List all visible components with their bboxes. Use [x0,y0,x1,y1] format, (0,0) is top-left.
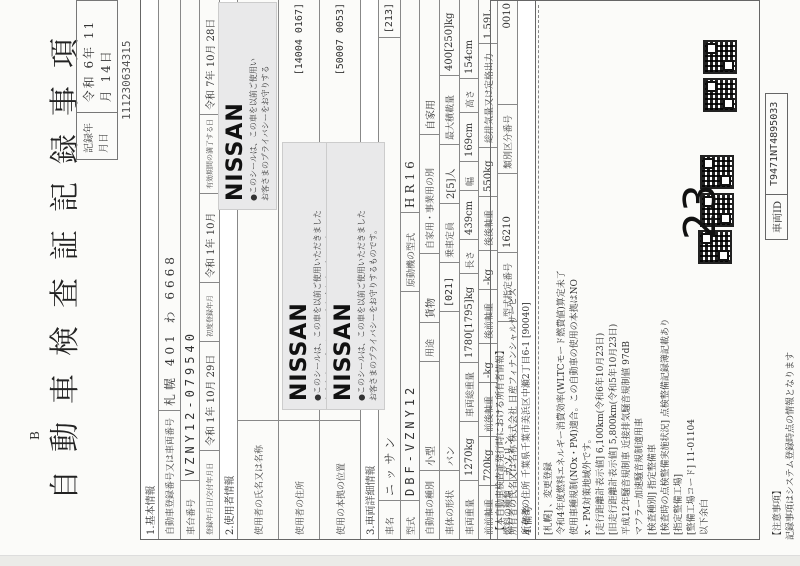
remark-line: [札幌] 、変更登録 [543,5,556,535]
remark-line: [検査種別] 指定整備車 [647,5,660,535]
scanned-sheet: B 自動車検査証記録事項 記録年月日 令和 6年 11月 14日 1112306… [0,0,800,566]
remark-line: x・PM対策地域外です。 [582,5,595,535]
max-load-value: 400[250]kg [440,0,459,75]
weight-value: 1270kg [460,421,478,480]
sticker-text: お客さまのプライバシーをお守りするものです。 [368,151,380,401]
remark-line: 平成12年騒音規制車 近接排気騒音規制値 97dB [621,5,634,535]
remark-line: [検査時の点検整備実施状況] 点検整備記録簿記載あり [660,5,673,535]
remark-line: 以下余白 [699,5,712,535]
registration-value: 札幌 401 わ 6668 [159,0,180,410]
document-number: 111230634315 [120,41,133,120]
handwritten-number: 23 [675,184,726,240]
model-value: DBF-VZNY12 [401,291,419,500]
nissan-logo: NISSAN [223,11,248,201]
reg-date-value: 令和 1年 10月 29日 [200,341,219,450]
sticker-text: ●このシールは、この車を以前ご使用いただきました [312,151,324,401]
capacity-value: 2[5]人 [440,144,459,203]
section-basic-heading: 1.基本情報 [141,0,159,539]
owner-line: 【本自動車検査証発行時における所有者情報】 [495,5,508,535]
registration-label: 自動車登録番号又は車両番号 [159,410,180,539]
engine-value: HR16 [401,0,419,212]
notes-block: 【注意事項】 記録事項はシステム登録時点の情報となります [770,352,796,540]
chassis-value: VZNY12-079540 [181,0,199,480]
body-row: 車体の形状 バン [021] 乗車定員 2[5]人 最大積載量 400[250]… [440,0,460,539]
dates-row: 登録年月日/交付年月日 令和 1年 10月 29日 初度登録年月 令和 1年 1… [200,0,220,539]
remark-line: マフラー加速騒音規制適用車 [634,5,647,535]
reg-date-label: 登録年月日/交付年月日 [200,450,219,539]
remarks-box: 【本自動車検査証発行時における所有者情報】 所有者の氏名又は名称 株式会社 日産… [490,0,760,540]
gross-label: 車両総重量 [460,362,478,421]
remark-line: 令和4年度燃料エネルギー消費効率(WLTCモード燃費値)算定未了 [556,5,569,535]
registration-row: 自動車登録番号又は車両番号 札幌 401 わ 6668 [159,0,181,539]
dashed-divider [538,5,539,535]
use-label: 用途 [420,322,439,361]
gross-value: 1780[1795]kg [460,273,478,362]
body-label: 車体の形状 [440,470,459,539]
height-value: 154cm [460,0,478,78]
car-name-code: [213] [379,0,400,37]
engine-label: 原動機の型式 [401,212,419,291]
length-value: 439cm [460,190,478,239]
nissan-logo: NISSAN [287,151,312,401]
sticker-text: ●このシールは、この車を以前ご使用いただきました [356,151,368,401]
notes-text: 記録事項はシステム登録時点の情報となります [783,352,796,540]
vehicle-id-box: 車両ID T9471NT4895033 [765,93,788,240]
type-value: 小型 [420,361,439,470]
remark-line: [整備工場コード] 11-01104 [686,5,699,535]
owner-line: 所有者の住所 千葉県千葉市美浜区中瀬2丁目6-1 [90040] [521,5,534,535]
rotated-document: B 自動車検査証記録事項 記録年月日 令和 6年 11月 14日 1112306… [20,0,780,540]
chassis-label: 車台番号 [181,480,199,539]
first-reg-value: 令和 1年 10月 [200,193,219,282]
car-name-label: 車名 [379,500,400,539]
nissan-logo: NISSAN [331,151,356,401]
height-label: 高さ [460,78,478,112]
user-name-label: 使用者の氏名又は名称 [238,420,278,539]
length-label: 長さ [460,239,478,273]
use-value: 貨物 [420,253,439,322]
page-edge [0,555,800,566]
owner-line: 所有者の氏名又は名称 株式会社 日産フィナンシャルサービス [508,5,521,535]
first-reg-label: 初度登録年月 [200,282,219,341]
body-value: バン [440,311,459,470]
record-date-value: 令和 6年 11月 14日 [77,1,117,112]
notes-heading: 【注意事項】 [770,352,783,540]
nissan-privacy-sticker: NISSAN ●このシールは、この車を以前ご使用いただきました お客さまのプライ… [326,142,385,410]
model-row: 型式 DBF-VZNY12 原動機の型式 HR16 [401,0,420,539]
user-address-label: 使用者の住所 [279,420,319,539]
capacity-label: 乗車定員 [440,203,459,262]
remark-line: [旧走行距離計表示値] 5,800km(令和5年10月23日) [608,5,621,535]
remark-line: [走行距離計表示値] 6,100km(令和6年10月23日) [595,5,608,535]
type-row: 自動車の種別 小型 用途 貨物 自家用・事業用の別 自家用 [420,0,440,539]
base-location-label: 使用の本拠の位置 [320,420,360,539]
expiry-label: 有効期間の満了する日 [200,114,219,193]
remark-line: [指定整備工場] [673,5,686,535]
chassis-row: 車台番号 VZNY12-079540 [181,0,200,539]
record-date-box: 記録年月日 令和 6年 11月 14日 [76,0,118,160]
sticker-text: ●このシールは、この車を以前ご使用い [248,11,260,201]
width-label: 幅 [460,161,478,190]
vehicle-id-label: 車両ID [766,194,787,239]
width-value: 169cm [460,112,478,161]
weight-label: 車両重量 [460,480,478,539]
nissan-privacy-sticker: NISSAN ●このシールは、この車を以前ご使用い お客さまのプライバシーをお守… [218,2,277,210]
max-load-label: 最大積載量 [440,75,459,144]
vehicle-id-value: T9471NT4895033 [766,94,787,194]
body-code: [021] [440,262,459,311]
remark-line: 使用車種規制(NOx・PM)適合。この自動車の使用の本拠はNO [569,5,582,535]
record-date-label: 記録年月日 [77,112,117,159]
expiry-value: 令和 7年 10月 28日 [200,0,219,114]
sticker-text: お客さまのプライバシーをお守りする [260,11,272,201]
private-value: 自家用 [420,0,439,134]
model-label: 型式 [401,500,419,539]
private-label: 自家用・事業用の別 [420,134,439,253]
weight-row: 車両重量 1270kg 車両総重量 1780[1795]kg 長さ 439cm … [460,0,479,539]
type-label: 自動車の種別 [420,470,439,539]
